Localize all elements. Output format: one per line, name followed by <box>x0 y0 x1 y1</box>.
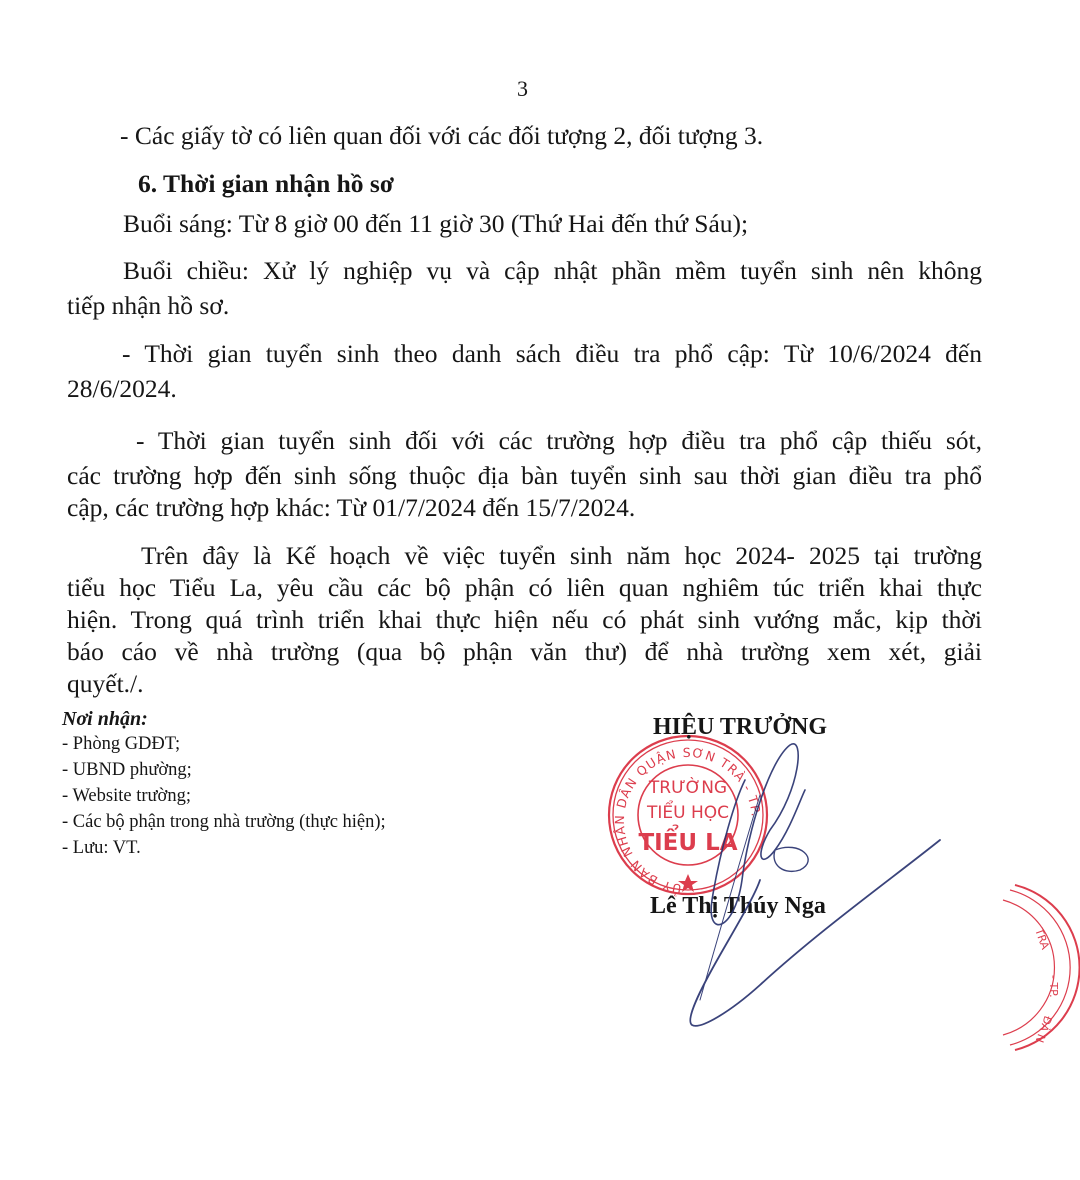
stamp-line-3: TIỂU LA <box>638 825 737 856</box>
signer-name: Lê Thị Thúy Nga <box>650 893 826 920</box>
recipient-item: - Các bộ phận trong nhà trường (thực hiệ… <box>62 809 386 835</box>
signature-title: HIỆU TRƯỞNG <box>653 714 827 741</box>
partial-stamp: TRÀ - TP. ĐÀ N <box>1003 885 1080 1050</box>
section-heading: 6. Thời gian nhận hồ sơ <box>138 168 394 200</box>
morning-hours: Buổi sáng: Từ 8 giờ 00 đến 11 giờ 30 (Th… <box>123 208 748 240</box>
period-other-line-3: cập, các trường hợp khác: Từ 01/7/2024 đ… <box>67 492 635 524</box>
closing-line-5: quyết./. <box>67 668 144 700</box>
period-survey-line-1: - Thời gian tuyển sinh theo danh sách đi… <box>122 338 982 370</box>
recipients-title: Nơi nhận: <box>62 708 386 731</box>
closing-line-3: hiện. Trong quá trình triển khai thực hi… <box>67 604 982 636</box>
recipient-item: - Phòng GDĐT; <box>62 731 386 757</box>
afternoon-note-line-1: Buổi chiều: Xử lý nghiệp vụ và cập nhật … <box>123 255 982 287</box>
period-other-line-2: các trường hợp đến sinh sống thuộc địa b… <box>67 460 982 492</box>
stamp-line-1: TRƯỜNG <box>648 776 727 798</box>
closing-line-4: báo cáo về nhà trường (qua bộ phận văn t… <box>67 636 982 668</box>
recipient-item: - Lưu: VT. <box>62 835 386 861</box>
page-number: 3 <box>517 76 528 102</box>
closing-line-2: tiểu học Tiểu La, yêu cầu các bộ phận có… <box>67 572 982 604</box>
stamp-star-icon <box>678 874 698 892</box>
svg-text:- TP.: - TP. <box>1047 975 1060 998</box>
stamp-line-2: TIỂU HỌC <box>646 799 729 823</box>
closing-line-1: Trên đây là Kế hoạch về việc tuyển sinh … <box>141 540 982 572</box>
period-other-line-1: - Thời gian tuyển sinh đối với các trườn… <box>136 425 982 457</box>
svg-text:TRÀ: TRÀ <box>1032 926 1052 952</box>
recipients-block: Nơi nhận: - Phòng GDĐT; - UBND phường; -… <box>62 708 386 861</box>
item-related-documents: - Các giấy tờ có liên quan đối với các đ… <box>120 120 763 152</box>
svg-text:ĐÀ N: ĐÀ N <box>1033 1014 1055 1044</box>
afternoon-note-line-2: tiếp nhận hồ sơ. <box>67 290 229 322</box>
recipient-item: - Website trường; <box>62 783 386 809</box>
recipient-item: - UBND phường; <box>62 757 386 783</box>
period-survey-line-2: 28/6/2024. <box>67 373 177 405</box>
